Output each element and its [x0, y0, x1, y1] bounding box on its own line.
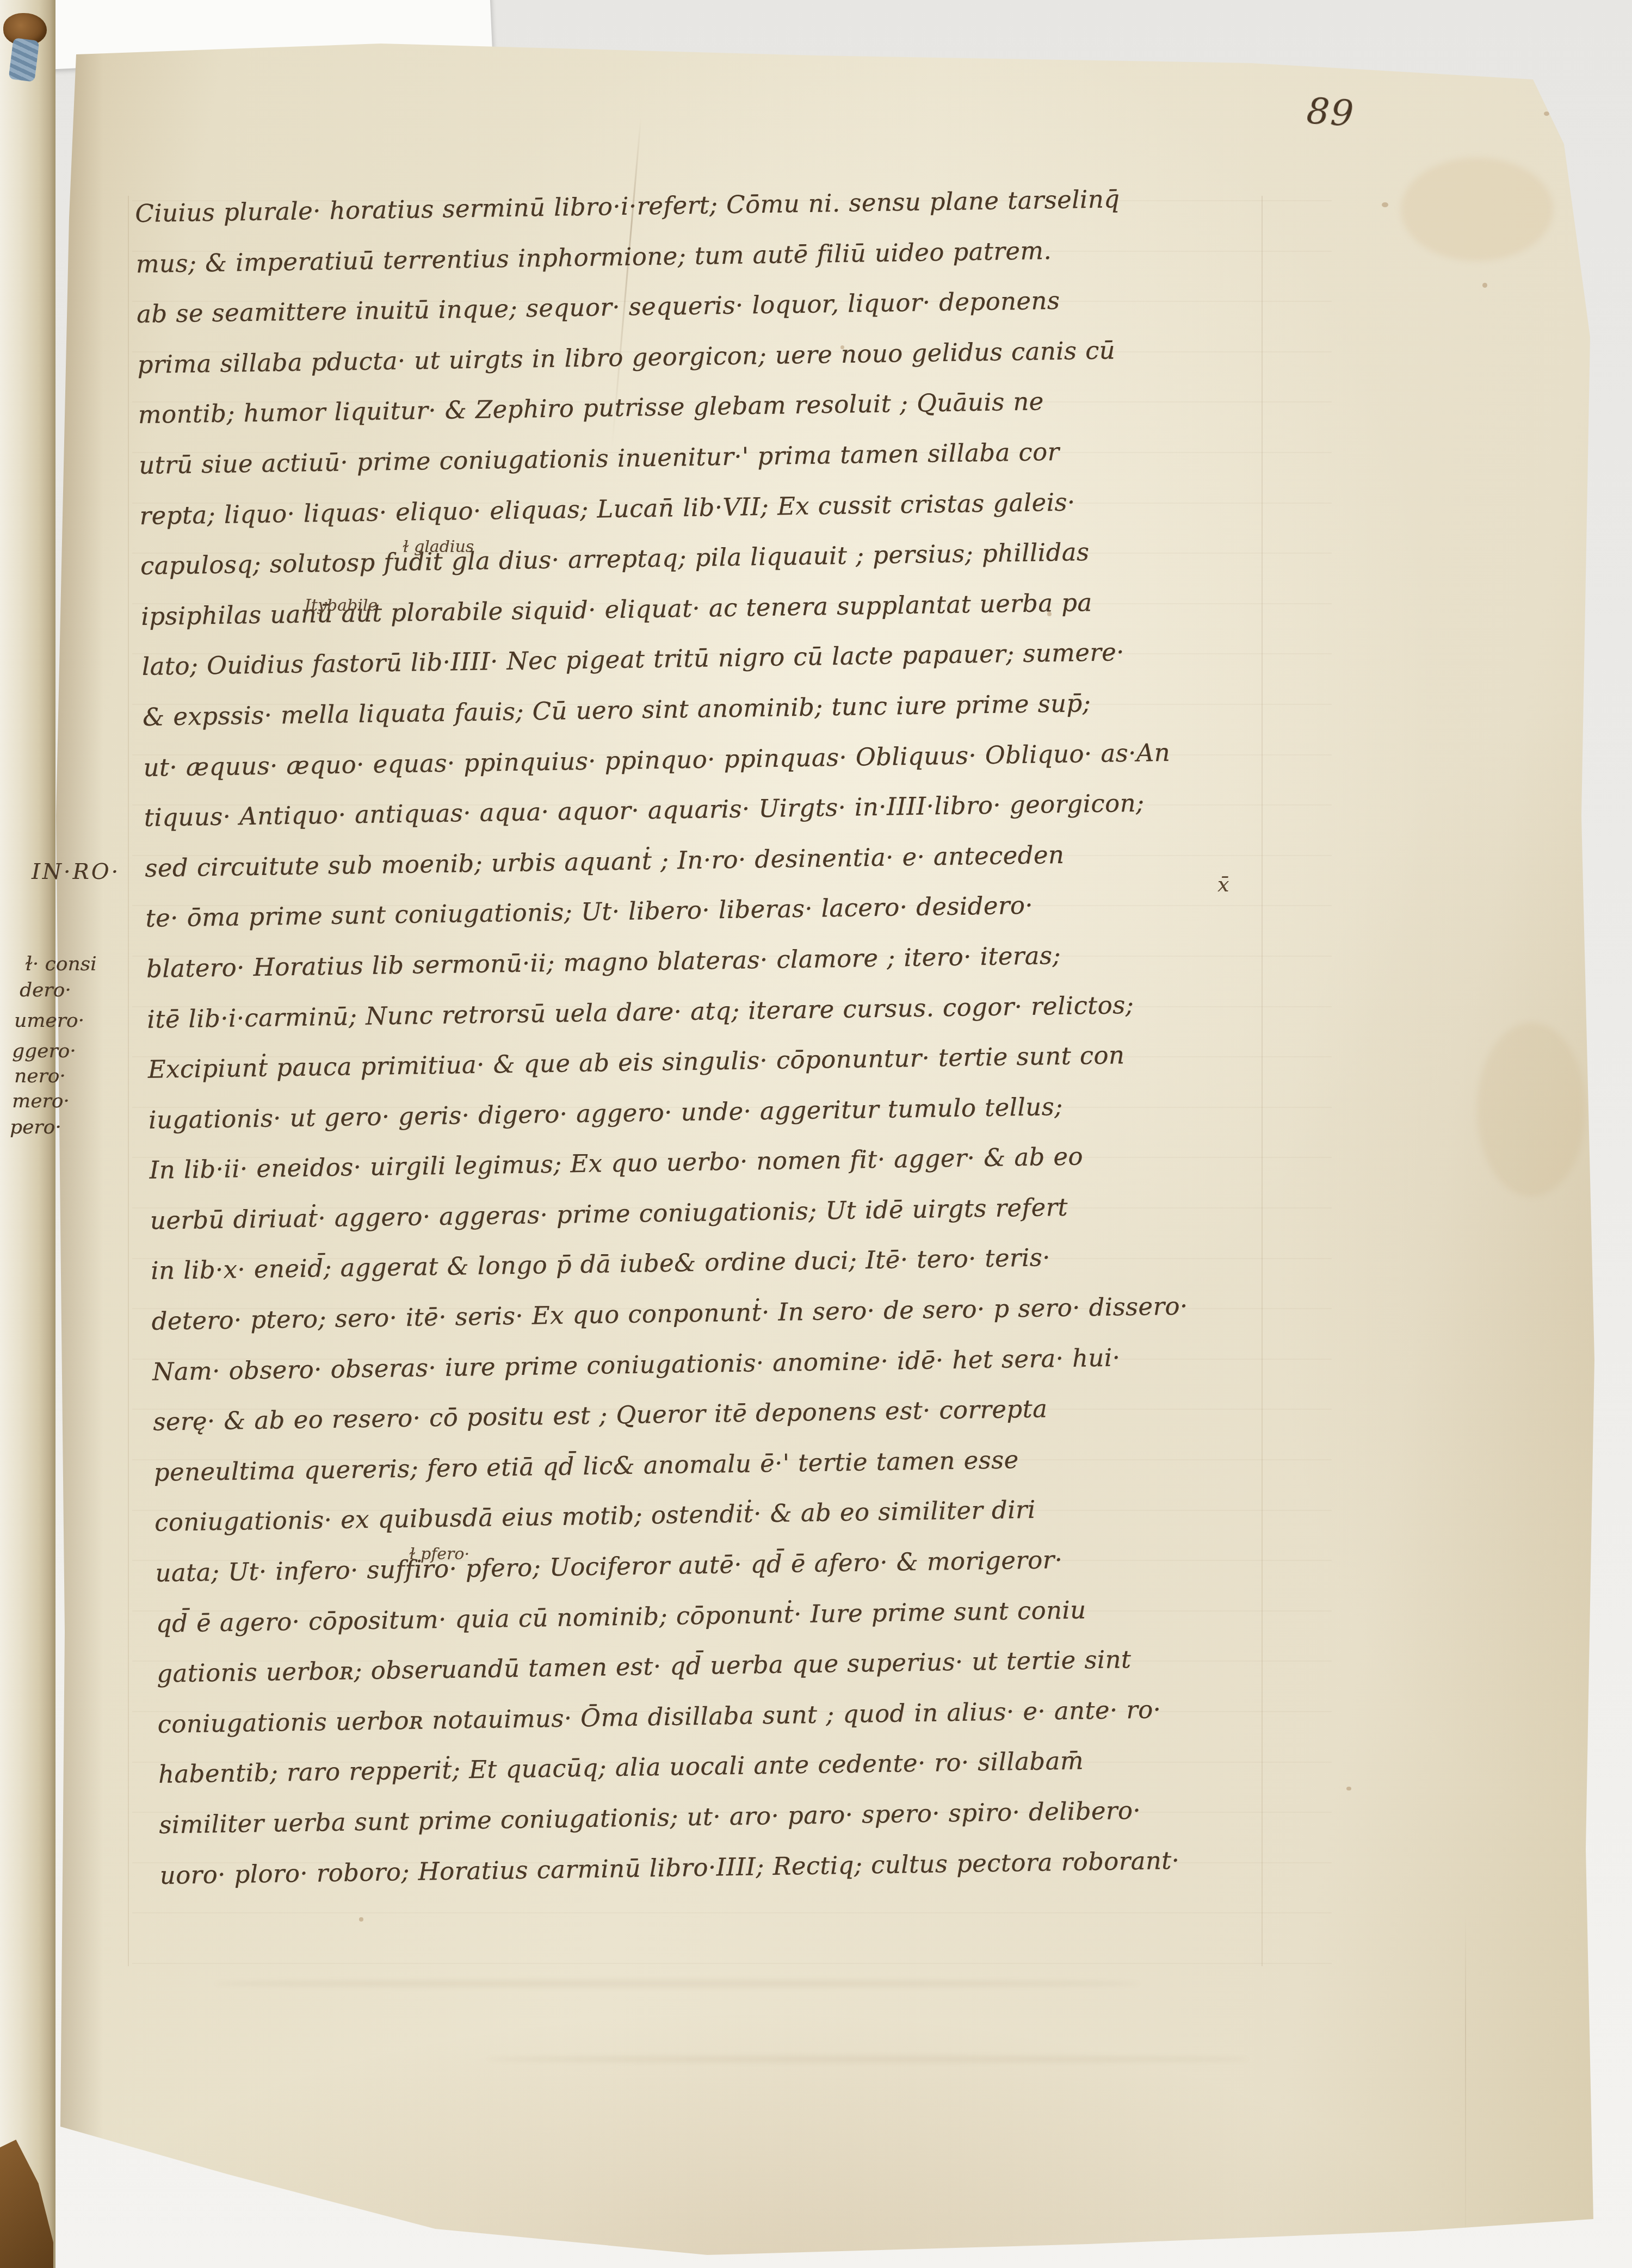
parchment-stain: [1382, 202, 1388, 207]
verso-show-through: [215, 1980, 1140, 1987]
binding-headband: [9, 38, 40, 82]
margin-note: mero·: [12, 1090, 70, 1112]
margin-note: umero·: [14, 1009, 84, 1032]
margin-note: pero·: [10, 1116, 61, 1138]
margin-note: dero·: [20, 979, 71, 1001]
margin-note: ggero·: [12, 1040, 76, 1062]
margin-note: nero·: [14, 1065, 66, 1087]
manuscript-text: Ciuius plurale· horatius serminū libro·i…: [135, 183, 1264, 1911]
verso-show-through: [487, 2056, 1248, 2062]
manuscript-photo: 89 Ciuius plurale· horatius serminū libr…: [0, 0, 1632, 2268]
parchment-stain: [1544, 111, 1549, 116]
parchment-stain: [359, 1917, 363, 1922]
correction-mark: x̄: [1217, 872, 1229, 896]
parchment-stain: [1482, 283, 1487, 288]
interlinear-gloss: ɫ pfero·: [409, 1545, 469, 1564]
ruling-vertical-right: [1262, 196, 1263, 1966]
margin-note: IN·RO·: [32, 859, 120, 884]
interlinear-gloss: ɫ gladius: [403, 537, 474, 556]
folio-number: 89: [1305, 90, 1356, 135]
gutter-shadow: [52, 44, 103, 2263]
margin-note: ɫ· consi: [25, 953, 97, 975]
ruling-vertical-left: [128, 196, 129, 1966]
parchment-stain: [1346, 1787, 1351, 1790]
crease-line: [1465, 1914, 1466, 2268]
parchment-stain: [1477, 1023, 1586, 1197]
parchment-stain: [1401, 158, 1553, 261]
interlinear-gloss: Itybabile: [305, 596, 378, 615]
